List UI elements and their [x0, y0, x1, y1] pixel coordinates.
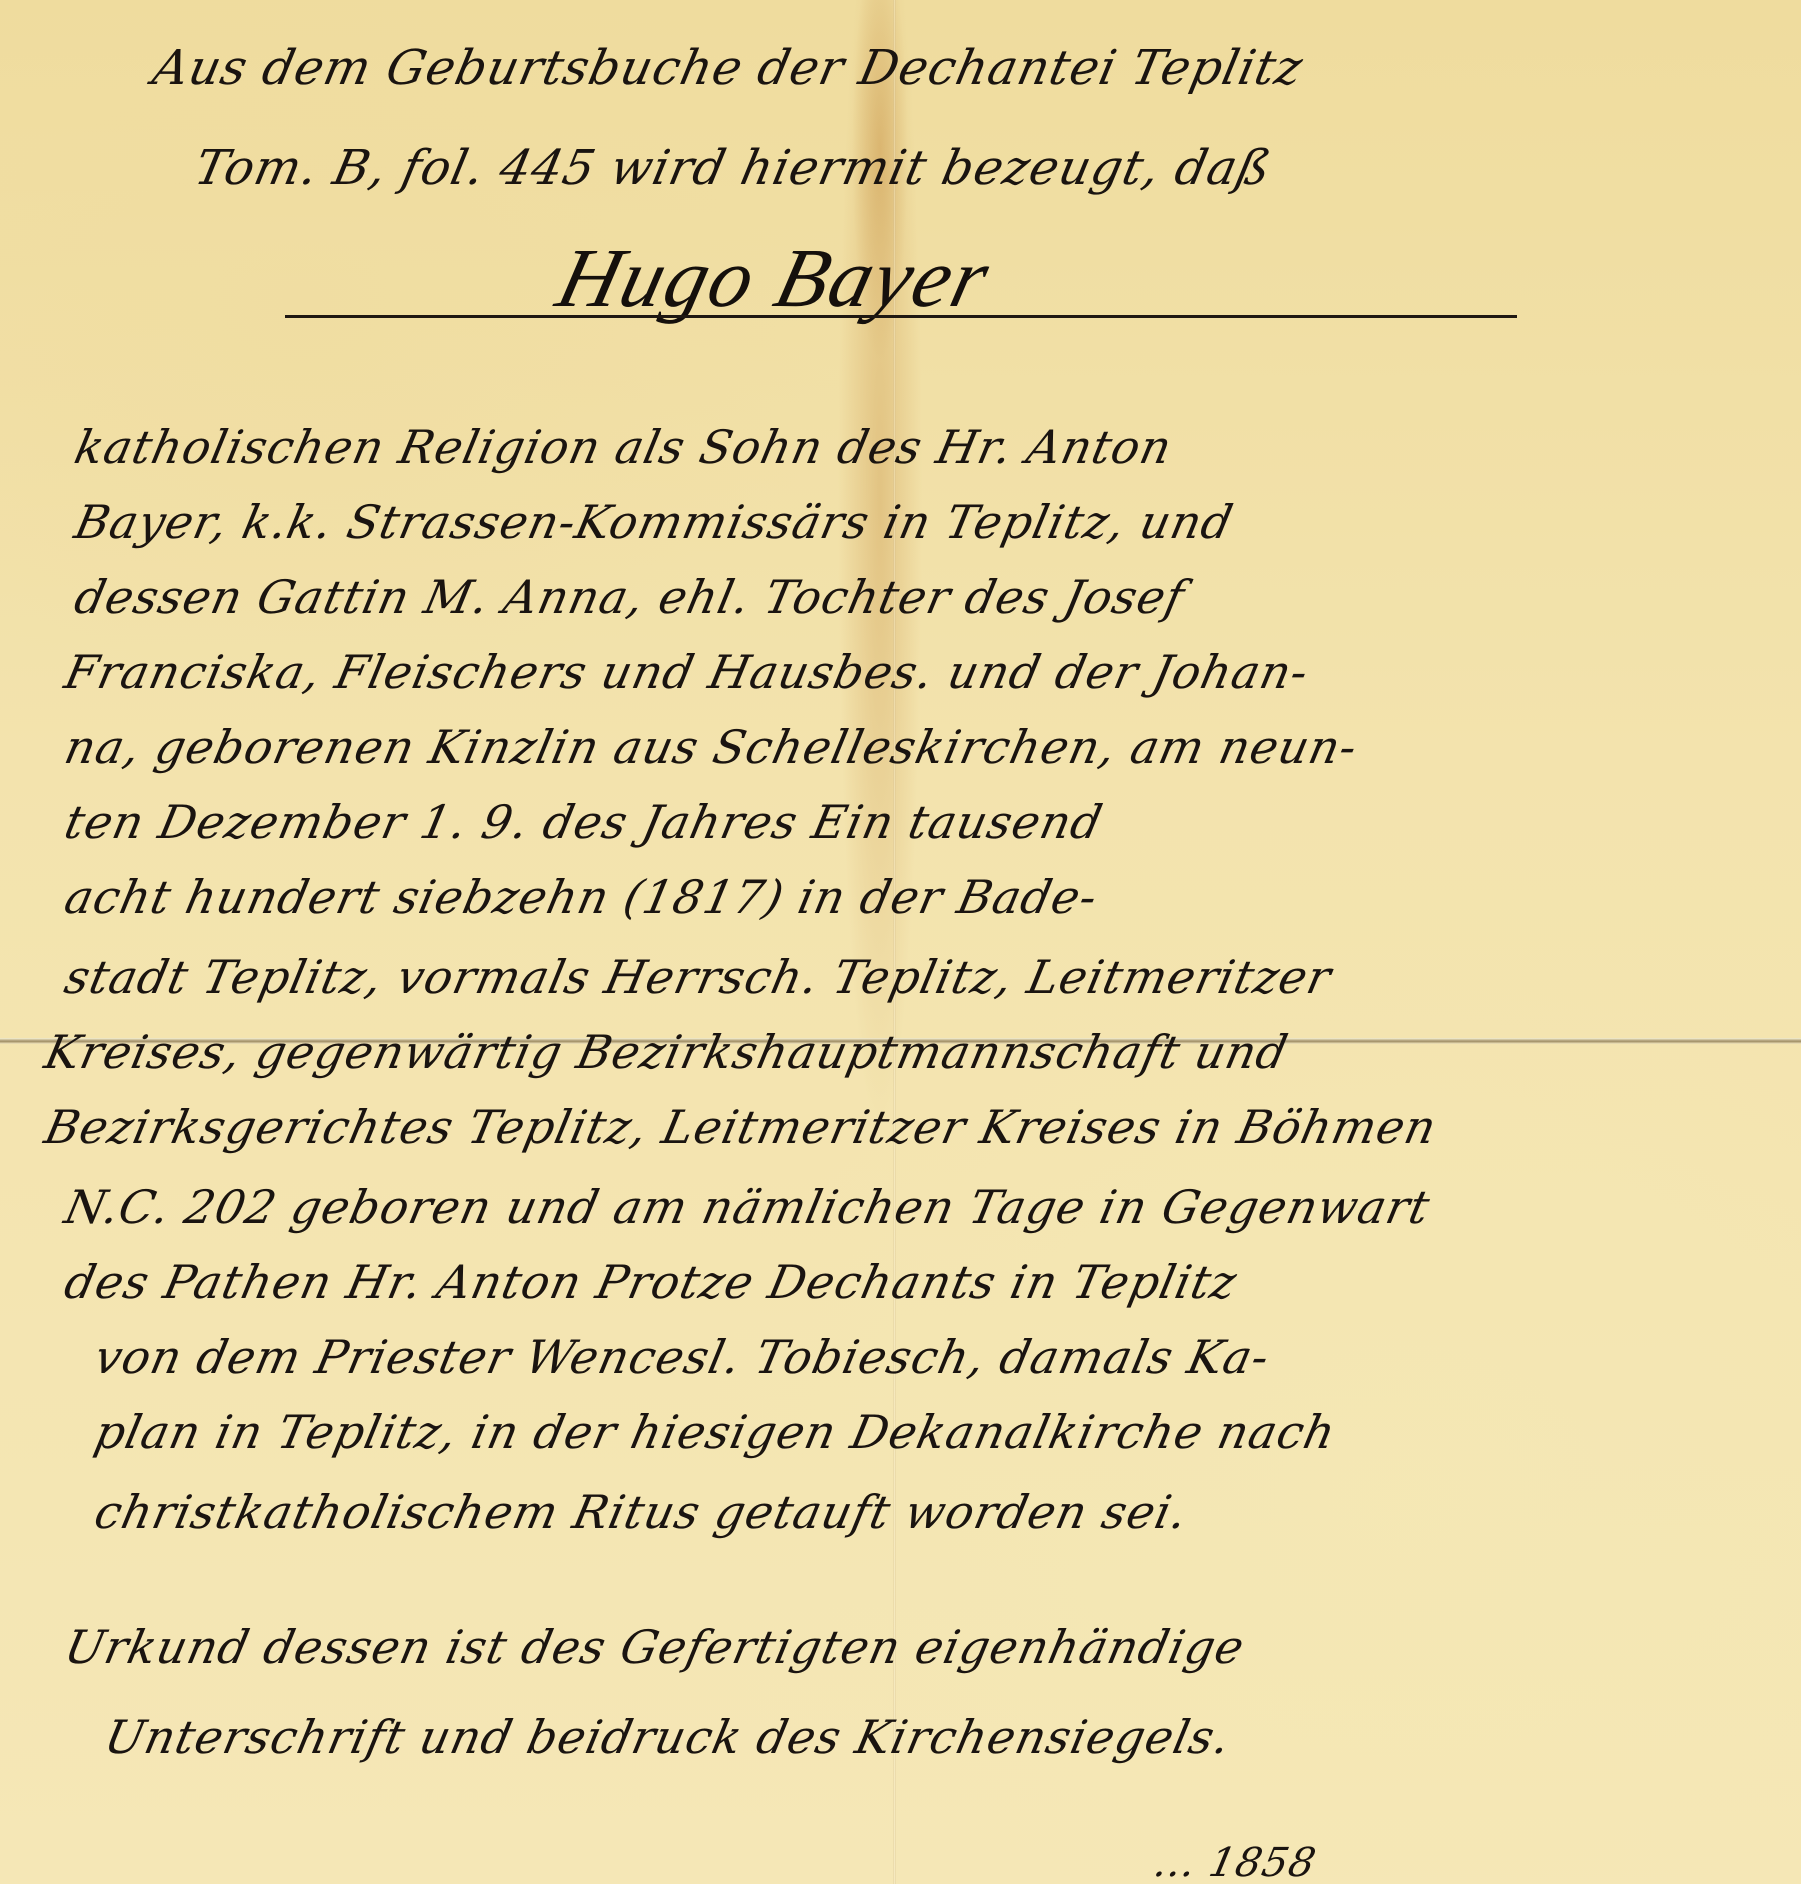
text-line-3: katholischen Religion als Sohn des Hr. A…: [70, 420, 1177, 474]
certificate-name-heading: Hugo Bayer: [548, 230, 1000, 327]
text-line-7: na, geborenen Kinzlin aus Schelleskirche…: [60, 720, 1363, 774]
text-line-9: acht hundert siebzehn (1817) in der Bade…: [60, 870, 1103, 924]
date-line: ... 1858: [1150, 1840, 1320, 1884]
text-line-14: des Pathen Hr. Anton Protze Dechants in …: [60, 1255, 1242, 1309]
text-line-15: von dem Priester Wencesl. Tobiesch, dama…: [90, 1330, 1275, 1384]
text-line-6: Franciska, Fleischers und Hausbes. und d…: [60, 645, 1314, 699]
text-line-4: Bayer, k.k. Strassen-Kommissärs in Tepli…: [70, 495, 1238, 549]
text-line-17: christkatholischem Ritus getauft worden …: [90, 1485, 1193, 1539]
text-line-19: Unterschrift und beidruck des Kirchensie…: [100, 1710, 1236, 1764]
text-line-13: N.C. 202 geboren und am nämlichen Tage i…: [60, 1180, 1435, 1234]
heading-underline: [285, 315, 1517, 318]
text-line-18: Urkund dessen ist des Gefertigten eigenh…: [60, 1620, 1250, 1674]
text-line-2: Tom. B, fol. 445 wird hiermit bezeugt, d…: [190, 140, 1276, 196]
text-line-8: ten Dezember 1. 9. des Jahres Ein tausen…: [60, 795, 1108, 849]
text-line-11: Kreises, gegenwärtig Bezirkshauptmannsch…: [40, 1025, 1293, 1079]
text-line-1: Aus dem Geburtsbuche der Dechantei Tepli…: [148, 40, 1308, 96]
text-line-16: plan in Teplitz, in der hiesigen Dekanal…: [90, 1405, 1341, 1459]
text-line-5: dessen Gattin M. Anna, ehl. Tochter des …: [70, 570, 1190, 624]
text-line-10: stadt Teplitz, vormals Herrsch. Teplitz,…: [60, 950, 1337, 1004]
text-line-12: Bezirksgerichtes Teplitz, Leitmeritzer K…: [40, 1100, 1442, 1154]
